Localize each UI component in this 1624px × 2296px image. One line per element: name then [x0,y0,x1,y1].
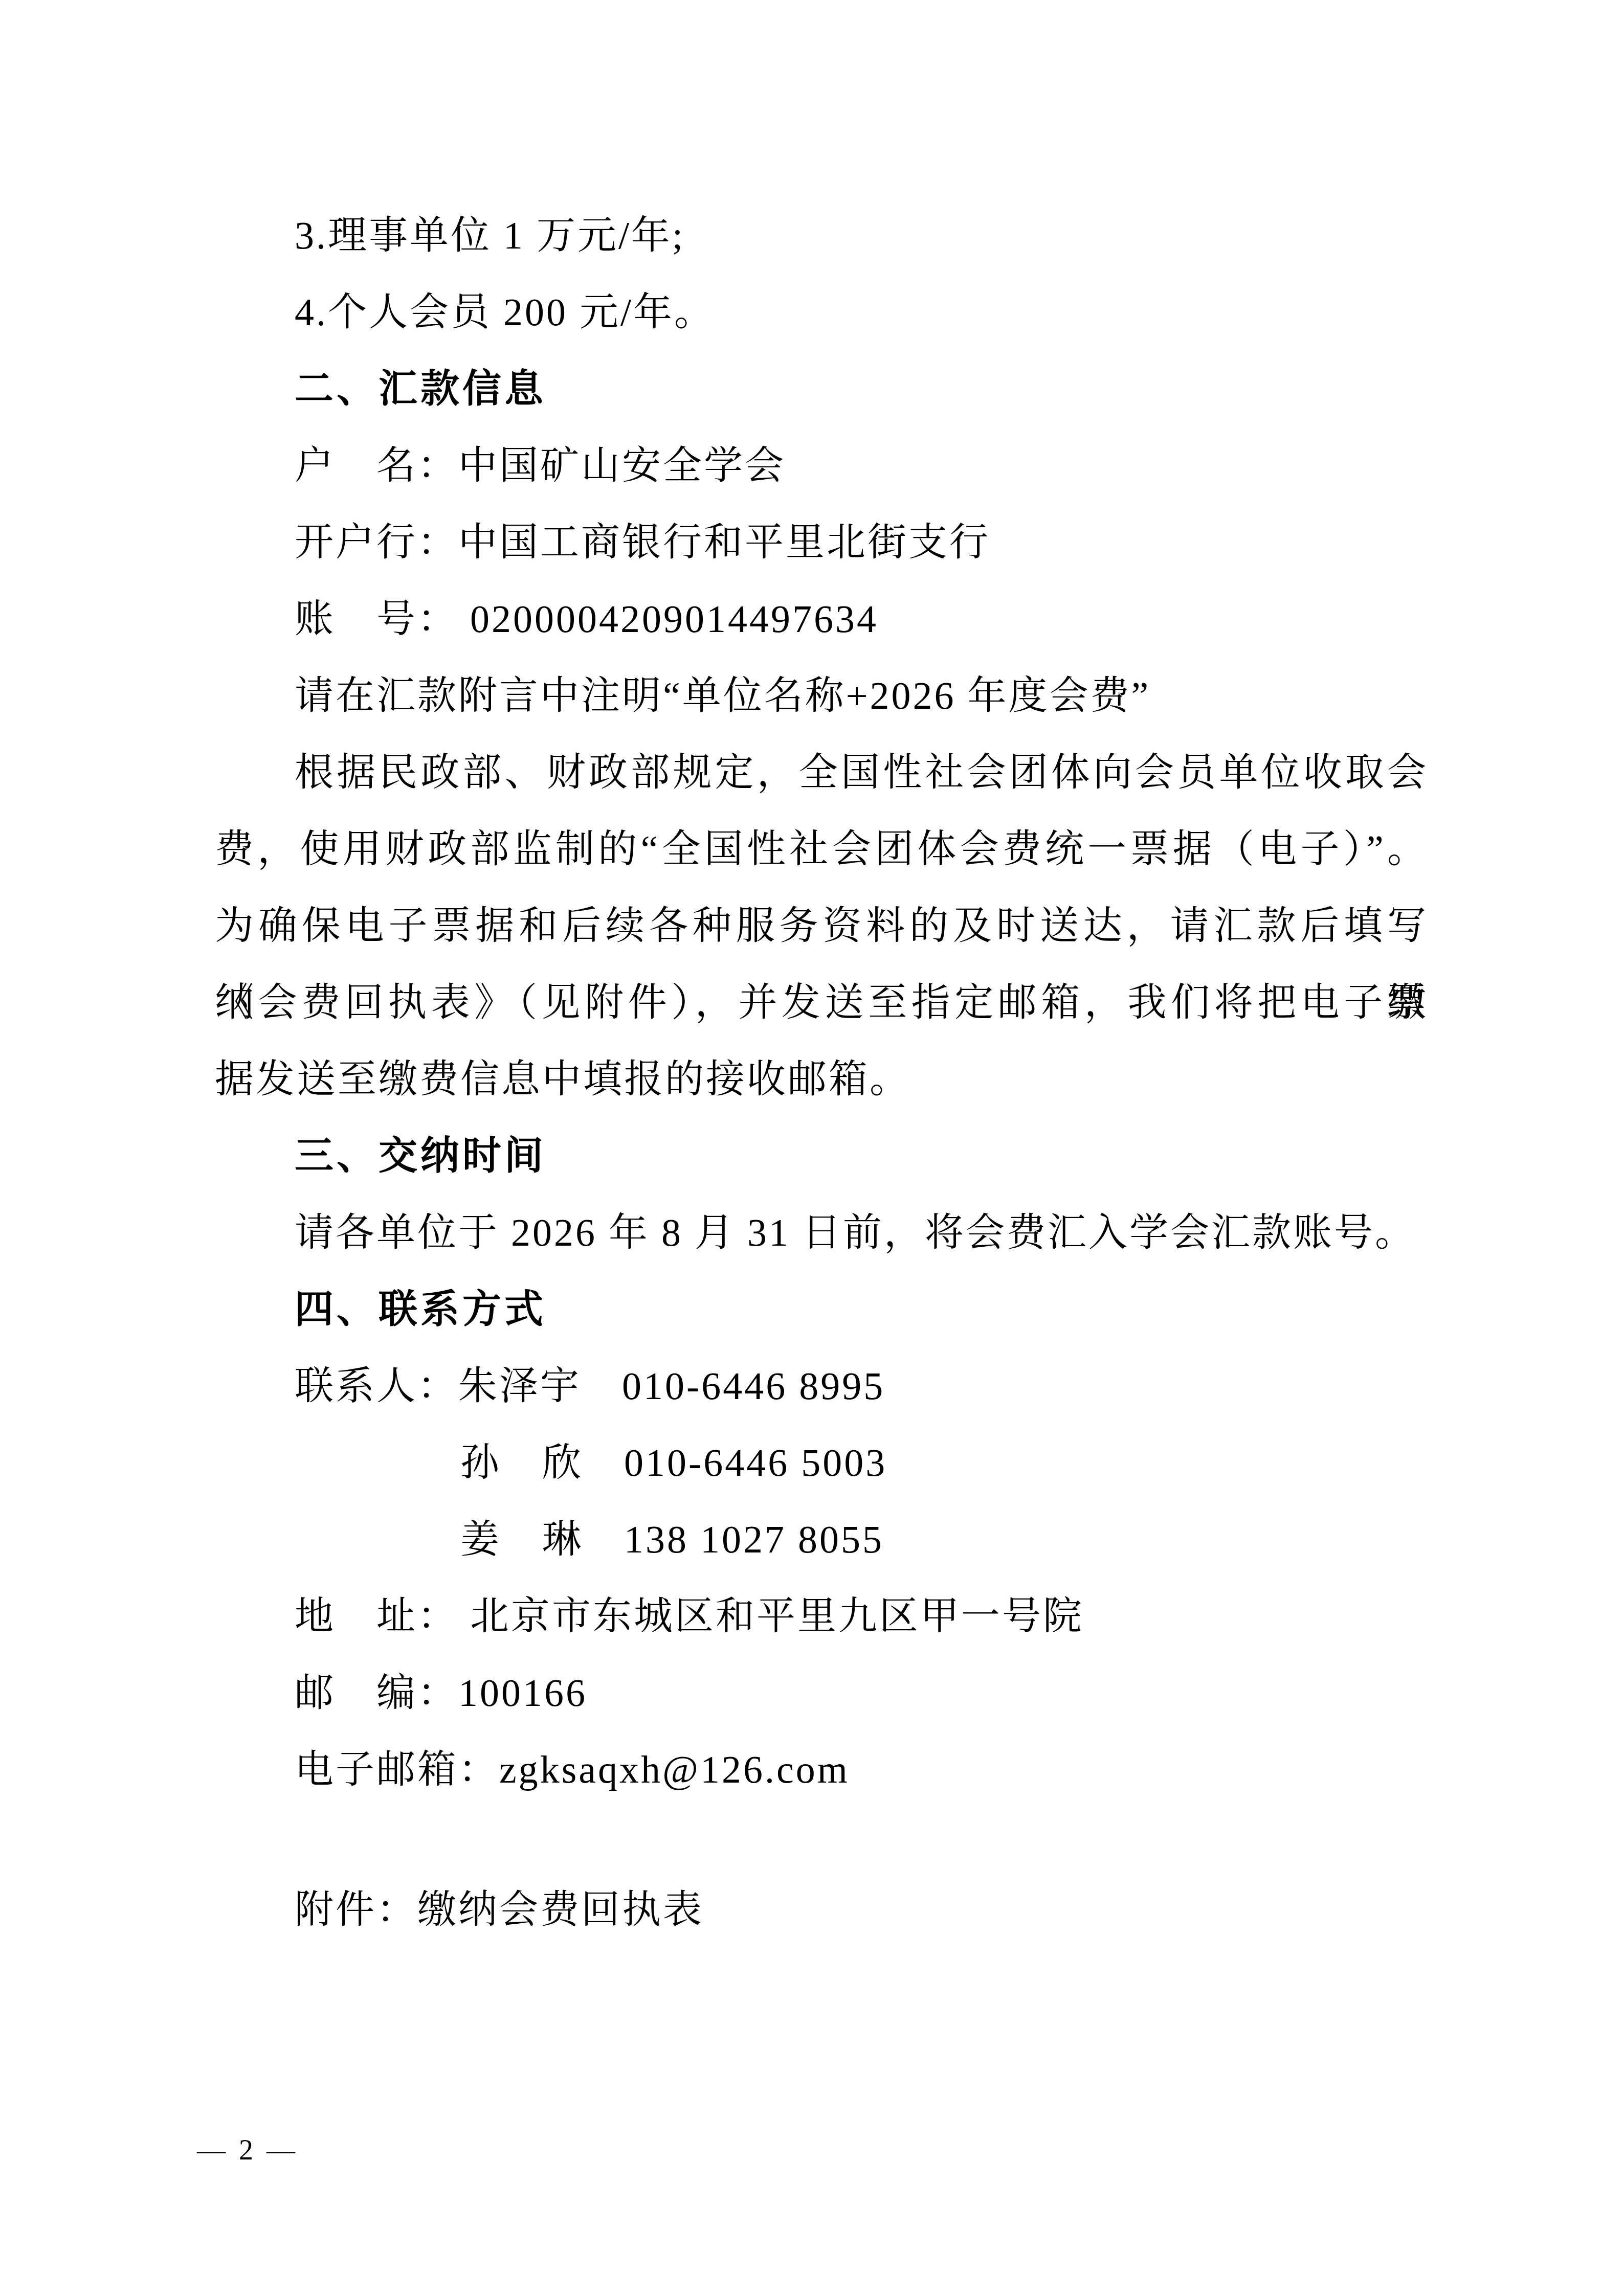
fee-item-council-unit: 3.理事单位 1 万元/年; [215,197,1428,274]
contact-person-line-1: 联系人：朱泽宇 010-6446 8995 [215,1348,1428,1425]
regulation-paragraph-line-2: 费，使用财政部监制的“全国性社会团体会费统一票据（电子）”。 [215,811,1428,888]
section-heading-remittance-info: 二、汇款信息 [215,351,1428,427]
account-name-line: 户 名：中国矿山安全学会 [215,427,1428,504]
regulation-paragraph-line-5: 据发送至缴费信息中填报的接收邮箱。 [215,1041,1428,1118]
attachment-line: 附件：缴纳会费回执表 [215,1872,1428,1948]
payment-deadline-line: 请各单位于 2026 年 8 月 31 日前，将会费汇入学会汇款账号。 [215,1195,1428,1271]
bank-branch-line: 开户行：中国工商银行和平里北街支行 [215,504,1428,581]
regulation-paragraph-line-3: 为确保电子票据和后续各种服务资料的及时送达，请汇款后填写《缴 [215,888,1428,964]
page-number: — 2 — [197,2132,298,2168]
postal-code-line: 邮 编：100166 [215,1655,1428,1731]
document-page: 3.理事单位 1 万元/年; 4.个人会员 200 元/年。 二、汇款信息 户 … [0,0,1624,2296]
account-number-line: 账 号： 0200004209014497634 [215,581,1428,658]
remittance-memo-line: 请在汇款附言中注明“单位名称+2026 年度会费” [215,658,1428,734]
address-line: 地 址： 北京市东城区和平里九区甲一号院 [215,1578,1428,1655]
contact-person-line-2: 孙 欣 010-6446 5003 [215,1425,1428,1501]
contact-person-line-3: 姜 琳 138 1027 8055 [215,1501,1428,1578]
section-heading-contact-info: 四、联系方式 [215,1271,1428,1348]
email-line: 电子邮箱：zgksaqxh@126.com [215,1731,1428,1808]
section-heading-payment-time: 三、交纳时间 [215,1118,1428,1195]
blank-gap [215,1808,1428,1872]
fee-item-individual: 4.个人会员 200 元/年。 [215,274,1428,351]
document-body: 3.理事单位 1 万元/年; 4.个人会员 200 元/年。 二、汇款信息 户 … [215,197,1428,1948]
regulation-paragraph-line-4: 纳会费回执表》（见附件），并发送至指定邮箱，我们将把电子票 [215,964,1428,1041]
regulation-paragraph-line-1: 根据民政部、财政部规定，全国性社会团体向会员单位收取会 [215,734,1428,811]
